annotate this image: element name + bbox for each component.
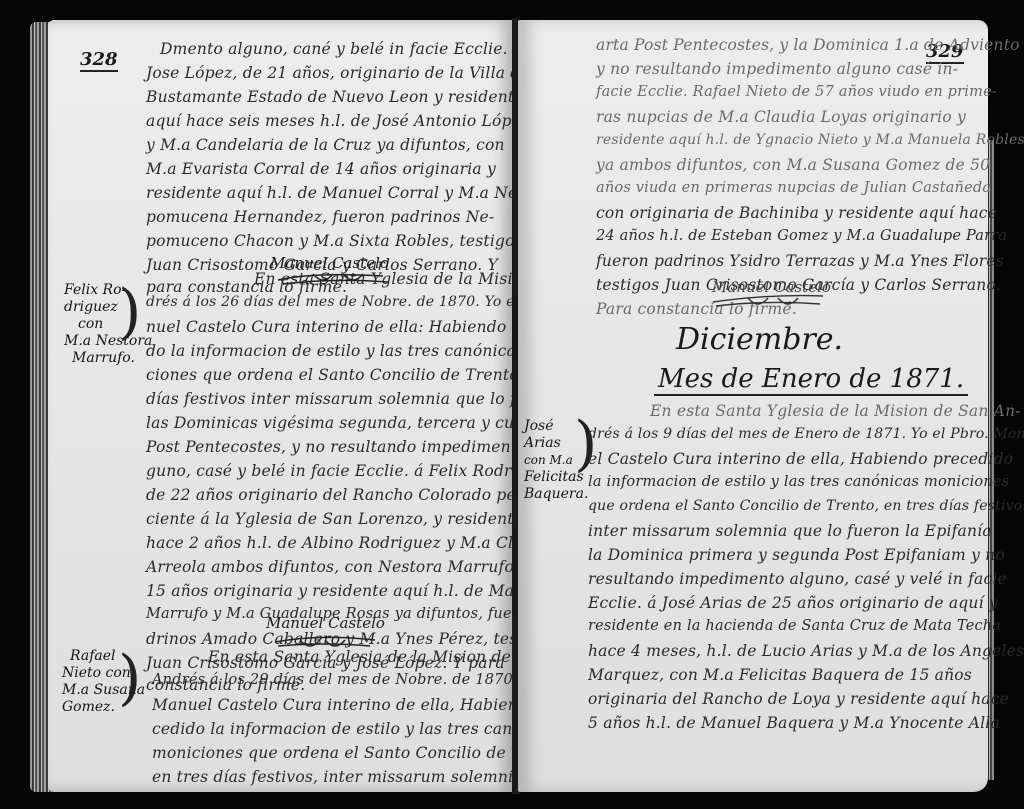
brace-icon: ): [118, 282, 141, 342]
text-line: guno, casé y belé in facie Ecclie. á Fel…: [146, 462, 555, 480]
text-line: residente aquí h.l. de Ygnacio Nieto y M…: [596, 132, 1024, 148]
text-line: Marquez, con M.a Felicitas Baquera de 15…: [588, 666, 972, 684]
page-number-left: 328: [80, 50, 118, 72]
text-line: de 22 años originario del Rancho Colorad…: [146, 486, 555, 504]
text-line: Ecclie. á José Arias de 25 años originar…: [588, 594, 998, 612]
text-line: el Castelo Cura interino de ella, Habien…: [588, 450, 1013, 468]
text-line: la Dominica primera y segunda Post Epifa…: [588, 546, 1005, 564]
brace-icon: ): [118, 648, 141, 708]
text-line: hace 2 años h.l. de Albino Rodriguez y M…: [146, 534, 558, 552]
text-line: do la informacion de estilo y las tres c…: [146, 342, 575, 360]
text-line: 24 años h.l. de Esteban Gomez y M.a Guad…: [596, 228, 1007, 244]
text-line: hace 4 meses, h.l. de Lucio Arias y M.a …: [588, 642, 1024, 660]
text-line: Dmento alguno, cané y belé in facie Eccl…: [160, 40, 522, 58]
text-line: resultando impedimento alguno, casé y ve…: [588, 570, 1007, 588]
text-line: Post Pentecostes, y no resultando impedi…: [146, 438, 552, 456]
text-line: residente aquí h.l. de Manuel Corral y M…: [146, 184, 523, 202]
text-line: la informacion de estilo y las tres canó…: [588, 474, 1009, 490]
text-line: pomucena Hernandez, fueron padrinos Ne-: [146, 208, 494, 226]
text-line: en tres días festivos, inter missarum so…: [152, 768, 558, 786]
text-line: Bustamante Estado de Nuevo Leon y reside…: [146, 88, 524, 106]
text-line: 15 años originaria y residente aquí h.l.…: [146, 582, 555, 600]
text-line: Jose López, de 21 años, originario de la…: [146, 64, 530, 82]
text-line: moniciones que ordena el Santo Concilio …: [152, 744, 565, 762]
signature: Manuel Castelo: [266, 614, 385, 632]
text-line: ya ambos difuntos, con M.a Susana Gomez …: [596, 156, 990, 174]
text-line: y M.a Candelaria de la Cruz ya difuntos,…: [146, 136, 505, 154]
text-line: ras nupcias de M.a Claudia Loyas origina…: [596, 108, 966, 126]
open-register-book: 328 Dmento alguno, cané y belé in facie …: [0, 0, 1024, 809]
text-line: drés á los 9 días del mes de Enero de 18…: [588, 426, 1024, 442]
text-line: las Dominicas vigésima segunda, tercera …: [146, 414, 547, 432]
signature-flourish: [708, 292, 828, 312]
text-line: con originaria de Bachiniba y residente …: [596, 204, 997, 222]
margin-note-line: Marrufo.: [64, 350, 152, 367]
text-line: arta Post Pentecostes, y la Dominica 1.a…: [596, 36, 1020, 54]
text-line: aquí hace seis meses h.l. de José Antoni…: [146, 112, 529, 130]
text-line: pomuceno Chacon y M.a Sixta Robles, test…: [146, 232, 523, 250]
text-line: que ordena el Santo Concilio de Trento, …: [588, 498, 1024, 514]
text-line: residente en la hacienda de Santa Cruz d…: [588, 618, 1001, 634]
text-line: M.a Evarista Corral de 14 años originari…: [146, 160, 496, 178]
text-line: 5 años h.l. de Manuel Baquera y M.a Ynoc…: [588, 714, 1000, 732]
month-heading: Diciembre.: [676, 322, 843, 357]
text-line: Arreola ambos difuntos, con Nestora Marr…: [146, 558, 539, 576]
text-line: cedido la informacion de estilo y las tr…: [152, 720, 564, 738]
text-line: En esta Santa Yglesia de la Mision de Sa…: [208, 648, 547, 666]
text-line: originaria del Rancho de Loya y resident…: [588, 690, 1009, 708]
text-line: y no resultando impedimento alguno casé …: [596, 60, 958, 78]
text-line: años viuda en primeras nupcias de Julian…: [596, 180, 991, 196]
text-line: facie Ecclie. Rafael Nieto de 57 años vi…: [596, 84, 997, 100]
margin-note-line: Baquera.: [524, 486, 588, 503]
text-line: ciente á la Yglesia de San Lorenzo, y re…: [146, 510, 563, 528]
text-line: días festivos inter missarum solemnia qu…: [146, 390, 563, 408]
text-line: inter missarum solemnia que lo fueron la…: [588, 522, 992, 540]
text-line: En esta Santa Yglesia de la Mision de Sa…: [650, 402, 1021, 420]
year-heading: Mes de Enero de 1871.: [654, 364, 968, 396]
text-line: fueron padrinos Ysidro Terrazas y M.a Yn…: [596, 252, 1004, 270]
